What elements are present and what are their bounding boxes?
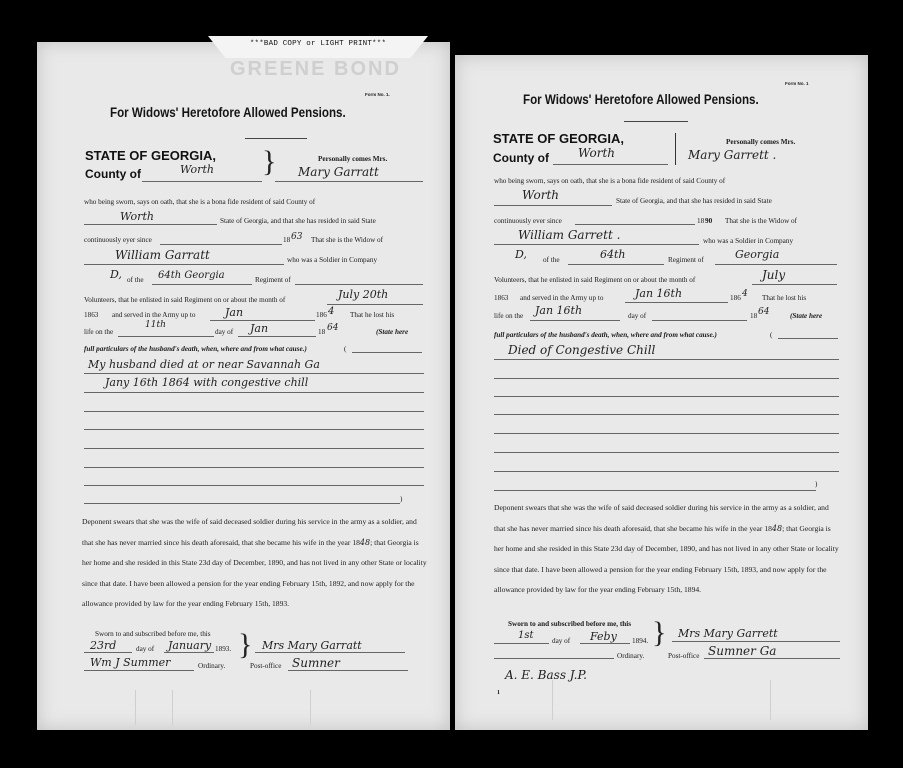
left-served-year: 4 bbox=[328, 306, 334, 317]
bad-copy-banner: ***BAD COPY or LIGHT PRINT*** bbox=[208, 36, 428, 58]
left-county-label: County of bbox=[85, 167, 141, 181]
left-personally-comes: Personally comes Mrs. bbox=[318, 155, 387, 163]
left-since-year: 63 bbox=[291, 232, 302, 242]
right-sworn-line: who being sworn, says on oath, that she … bbox=[494, 177, 725, 185]
right-day-of: day of bbox=[628, 312, 646, 320]
right-death-year: 64 bbox=[758, 307, 769, 317]
right-cause-rule-2 bbox=[494, 378, 839, 379]
left-cause-rule-2 bbox=[84, 392, 424, 393]
left-enlist-line bbox=[327, 304, 423, 305]
right-personally-comes: Personally comes Mrs. bbox=[726, 138, 795, 146]
left-cause-rule-3 bbox=[84, 411, 424, 412]
right-death-year-prefix: 18 bbox=[750, 312, 757, 320]
left-signature: Mrs Mary Garratt bbox=[262, 639, 362, 652]
left-claimant-line bbox=[275, 181, 423, 182]
right-ordinary-label: Ordinary. bbox=[617, 652, 644, 660]
right-county-line bbox=[553, 164, 668, 165]
left-cause-rule-6 bbox=[84, 467, 424, 468]
left-sworn-brace: } bbox=[238, 630, 252, 660]
left-close-paren: ) bbox=[400, 495, 402, 503]
right-since-year-prefix: 18 bbox=[697, 217, 704, 225]
right-sworn-brace: } bbox=[652, 618, 666, 648]
right-since-year: 90 bbox=[705, 217, 712, 225]
left-resident-county: Worth bbox=[120, 210, 154, 223]
right-resident-county: Worth bbox=[522, 188, 559, 202]
right-enlist-year: 1863 bbox=[494, 294, 508, 302]
right-soldier-company: who was a Soldier in Company bbox=[703, 237, 793, 245]
right-enlist-line bbox=[752, 284, 837, 285]
right-served-year-prefix: 186 bbox=[730, 294, 741, 302]
left-sworn-text: Sworn to and subscribed before me, this bbox=[95, 630, 211, 638]
right-signature-line bbox=[672, 641, 840, 642]
right-particulars: full particulars of the husband's death,… bbox=[494, 331, 717, 339]
right-of-the: of the bbox=[543, 256, 560, 264]
right-post-office: Sumner Ga bbox=[708, 644, 776, 658]
left-lost-life: That he lost his bbox=[350, 311, 394, 319]
right-cause-rule-7 bbox=[494, 471, 839, 472]
left-death-year-prefix: 18 bbox=[318, 328, 325, 336]
left-cause-rule-4 bbox=[84, 429, 424, 430]
right-bleed-mark-2 bbox=[770, 680, 771, 720]
right-claimant-name: Mary Garrett . bbox=[688, 148, 776, 162]
right-husband-name: William Garrett . bbox=[518, 228, 620, 242]
left-page-title: For Widows' Heretofore Allowed Pensions. bbox=[110, 105, 346, 120]
left-husband-line bbox=[84, 264, 284, 265]
right-close-paren: ) bbox=[815, 480, 817, 488]
right-county-label: County of bbox=[493, 151, 549, 165]
right-sworn-day: 1st bbox=[518, 630, 534, 641]
left-ghost-header: GREENE BOND bbox=[230, 58, 401, 81]
left-county-line bbox=[142, 181, 262, 182]
right-signature: Mrs Mary Garrett bbox=[678, 627, 778, 640]
left-husband-name: William Garratt bbox=[115, 248, 210, 262]
right-volunteers-text: Volunteers, that he enlisted in said Reg… bbox=[494, 276, 695, 284]
left-sworn-day: 23rd bbox=[90, 639, 116, 652]
left-post-office-line bbox=[288, 670, 408, 671]
right-widow-of: That she is the Widow of bbox=[725, 217, 797, 225]
left-ordinary-line bbox=[84, 670, 194, 671]
right-bleed-mark bbox=[552, 680, 553, 720]
left-served-line bbox=[210, 320, 315, 321]
right-title-divider bbox=[624, 121, 688, 122]
left-cause-line-1: My husband died at or near Savannah Ga bbox=[88, 358, 320, 371]
left-death-day: 11th bbox=[145, 320, 166, 330]
left-day-of: day of bbox=[215, 328, 233, 336]
left-ordinary-label: Ordinary. bbox=[198, 662, 225, 670]
right-regiment-state: Georgia bbox=[735, 248, 779, 261]
left-regiment-of-line bbox=[295, 284, 423, 285]
left-widow-of: That she is the Widow of bbox=[311, 236, 383, 244]
left-regiment: 64th Georgia bbox=[158, 270, 225, 281]
left-title-divider bbox=[245, 138, 307, 139]
left-sworn-year: 1893. bbox=[215, 645, 231, 653]
right-particulars-line bbox=[778, 338, 838, 339]
right-resident-line bbox=[494, 205, 612, 206]
left-particulars-line bbox=[352, 352, 422, 353]
left-sworn-month-line bbox=[164, 652, 214, 653]
left-sworn-day-line bbox=[84, 652, 132, 653]
right-company: D, bbox=[515, 248, 527, 261]
right-sworn-month-line bbox=[580, 643, 630, 644]
right-regiment: 64th bbox=[600, 248, 626, 261]
left-served-text: and served in the Army up to bbox=[112, 311, 195, 319]
left-death-month: Jan bbox=[250, 322, 268, 335]
right-brace-line bbox=[675, 133, 676, 165]
left-post-office-label: Post-office bbox=[250, 662, 281, 670]
left-continuously-label: continuously eyer since bbox=[84, 236, 152, 244]
left-state-here: (State here bbox=[376, 328, 408, 336]
right-served-text: and served in the Army up to bbox=[520, 294, 603, 302]
left-death-month-line bbox=[238, 336, 316, 337]
left-brace: } bbox=[262, 147, 276, 177]
right-state-heading: STATE OF GEORGIA, bbox=[493, 131, 624, 146]
left-cause-rule-8 bbox=[84, 503, 400, 504]
right-since-line bbox=[575, 224, 695, 225]
left-sworn-line: who being sworn, says on oath, that she … bbox=[84, 198, 315, 206]
right-cause-rule-8 bbox=[494, 490, 816, 491]
left-since-line bbox=[160, 244, 282, 245]
right-death-day-line bbox=[530, 320, 620, 321]
left-state-resided: State of Georgia, and that she has resid… bbox=[220, 217, 376, 225]
right-post-office-line bbox=[704, 658, 840, 659]
left-state-heading: STATE OF GEORGIA, bbox=[85, 148, 216, 163]
left-company: D, bbox=[110, 268, 122, 281]
left-bleed-mark bbox=[135, 690, 136, 725]
right-enlist-month: July bbox=[762, 268, 785, 282]
left-claimant-name: Mary Garratt bbox=[298, 165, 379, 179]
right-post-office-label: Post-office bbox=[668, 652, 699, 660]
right-cause-rule-1 bbox=[494, 359, 839, 360]
right-served-until: Jan 16th bbox=[635, 287, 682, 300]
left-cause-rule-1 bbox=[84, 373, 424, 374]
left-enlist-month: July 20th bbox=[338, 288, 388, 301]
right-ordinary-line bbox=[494, 658, 614, 659]
left-ordinary-name: Wm J Summer bbox=[90, 656, 170, 669]
left-form-number: Form No. 1. bbox=[365, 92, 390, 97]
bad-copy-banner-text: ***BAD COPY or LIGHT PRINT*** bbox=[208, 40, 428, 48]
right-regiment-state-line bbox=[715, 264, 837, 265]
right-paren: ( bbox=[770, 331, 772, 339]
right-regiment-line bbox=[568, 264, 664, 265]
right-husband-line bbox=[494, 244, 699, 245]
right-served-line bbox=[625, 302, 728, 303]
left-particulars: full particulars of the husband's death,… bbox=[84, 345, 307, 353]
right-page-mark: 1 bbox=[497, 690, 500, 696]
right-sworn-year: 1894. bbox=[632, 637, 648, 645]
right-lost-life: That he lost his bbox=[762, 294, 806, 302]
left-of-the: of the bbox=[127, 276, 144, 284]
right-state-resided: State of Georgia, and that she has resid… bbox=[616, 197, 772, 205]
right-cause-rule-4 bbox=[494, 414, 839, 415]
right-sworn-day-of: day of bbox=[552, 637, 570, 645]
left-served-until: Jan bbox=[225, 306, 243, 319]
right-cause-rule-3 bbox=[494, 396, 839, 397]
left-deponent-paragraph: Deponent swears that she was the wife of… bbox=[82, 512, 428, 615]
right-continuously-label: continuously ever since bbox=[494, 217, 562, 225]
left-post-office: Sumner bbox=[292, 656, 340, 670]
left-volunteers-text: Volunteers, that he enlisted in said Reg… bbox=[84, 296, 285, 304]
right-cause-rule-6 bbox=[494, 452, 839, 453]
left-death-day-line bbox=[118, 336, 214, 337]
right-county-value: Worth bbox=[578, 146, 615, 160]
left-life-on-the: life on the bbox=[84, 328, 113, 336]
left-regiment-of: Regiment of bbox=[255, 276, 291, 284]
left-soldier-company: who was a Soldier in Company bbox=[287, 256, 377, 264]
left-sworn-day-of: day of bbox=[136, 645, 154, 653]
left-county-value: Worth bbox=[180, 163, 214, 176]
right-deponent-paragraph: Deponent swears that she was the wife of… bbox=[494, 498, 840, 601]
right-page-title: For Widows' Heretofore Allowed Pensions. bbox=[523, 92, 759, 107]
right-cause-rule-5 bbox=[494, 433, 839, 434]
right-served-year: 4 bbox=[742, 289, 748, 299]
right-cause-line-1: Died of Congestive Chill bbox=[508, 343, 655, 357]
left-bleed-mark-2 bbox=[172, 690, 173, 725]
left-enlist-year: 1863 bbox=[84, 311, 98, 319]
left-regiment-line bbox=[152, 284, 252, 285]
left-cause-rule-5 bbox=[84, 448, 424, 449]
right-death-day: Jan 16th bbox=[535, 304, 582, 317]
left-cause-rule-7 bbox=[84, 485, 424, 486]
left-sworn-month: January bbox=[168, 639, 211, 652]
right-life-on-the: life on the bbox=[494, 312, 523, 320]
left-death-year: 64 bbox=[327, 323, 338, 333]
right-sworn-month: Feby bbox=[590, 630, 617, 643]
right-justice-name: A. E. Bass J.P. bbox=[505, 668, 587, 682]
left-bleed-mark-3 bbox=[310, 690, 311, 725]
right-sworn-text: Sworn to and subscribed before me, this bbox=[508, 620, 631, 628]
right-death-month-line bbox=[652, 320, 747, 321]
left-served-year-prefix: 186 bbox=[316, 311, 327, 319]
right-sworn-day-line bbox=[494, 643, 549, 644]
left-signature-line bbox=[255, 652, 405, 653]
left-paren: ( bbox=[344, 345, 346, 353]
left-resident-line bbox=[84, 224, 217, 225]
right-form-number: Form No. 1 bbox=[785, 81, 809, 86]
left-cause-line-2: Jany 16th 1864 with congestive chill bbox=[105, 376, 308, 389]
right-regiment-of: Regiment of bbox=[668, 256, 704, 264]
right-state-here: (State here bbox=[790, 312, 822, 320]
left-since-year-prefix: 18 bbox=[283, 236, 290, 244]
